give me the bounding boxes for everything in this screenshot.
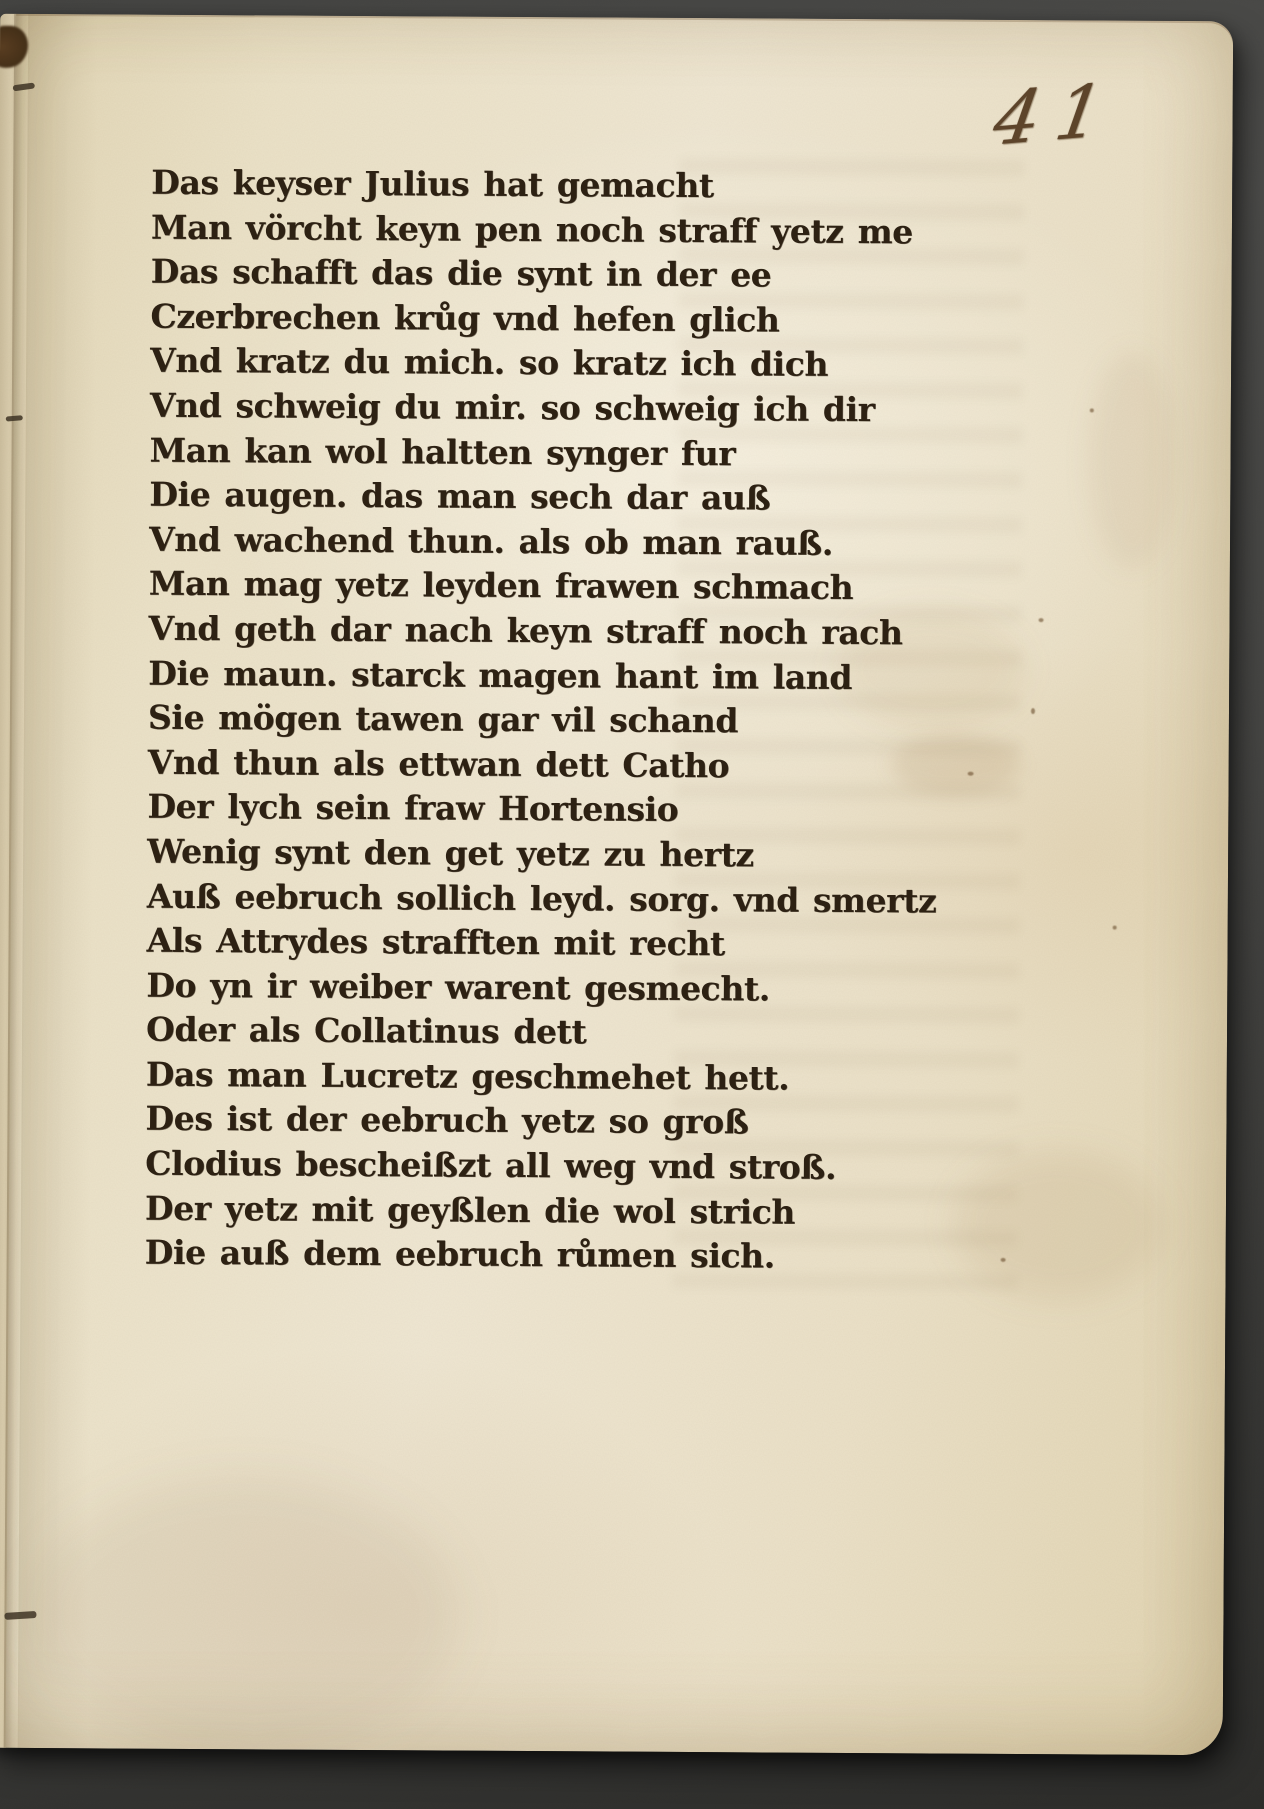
poem-line: Oder als Collatinus dett [146,1008,1086,1058]
scan-backdrop: 41 Das keyser Julius hat gemacht Man vör… [0,0,1264,1809]
folio-number-handwritten: 41 [988,66,1125,161]
poem-line: Vnd schweig du mir. so schweig ich dir [150,384,1090,434]
ink-speck [1090,408,1094,412]
poem-line: Der lych sein fraw Hortensio [147,785,1087,835]
poem-line: Auß eebruch sollich leyd. sorg. vnd smer… [147,874,1087,924]
poem-line: Wenig synt den get yetz zu hertz [147,830,1087,880]
poem-line: Man kan wol haltten synger fur [149,428,1089,478]
poem-line: Das schafft das die synt in der ee [151,250,1091,300]
poem-text-block: Das keyser Julius hat gemacht Man vörcht… [145,161,1092,1282]
gutter-shadow [18,14,99,1748]
poem-line: Als Attrydes strafften mit recht [146,919,1086,969]
poem-line: Czerbrechen krůg vnd hefen glich [150,294,1090,344]
paper-stain [1087,350,1178,571]
poem-line: Das man Lucretz geschmehet hett. [146,1053,1086,1103]
poem-line: Man mag yetz leyden frawen schmach [149,562,1089,612]
poem-line: Vnd wachend thun. als ob man rauß. [149,517,1089,567]
poem-line: Die maun. starck magen hant im land [148,651,1088,701]
poem-line: Die augen. das man sech dar auß [149,473,1089,523]
poem-line: Des ist der eebruch yetz so groß [145,1097,1085,1147]
poem-line: Vnd kratz du mich. so kratz ich dich [150,339,1090,389]
poem-line: Die auß dem eebruch růmen sich. [145,1231,1085,1281]
book-page: 41 Das keyser Julius hat gemacht Man vör… [0,14,1233,1755]
poem-line: Clodius bescheißzt all weg vnd stroß. [145,1142,1085,1192]
paper-stain [30,1474,462,1755]
poem-line: Das keyser Julius hat gemacht [151,161,1091,211]
poem-line: Der yetz mit geyßlen die wol strich [145,1186,1085,1236]
poem-line: Vnd geth dar nach keyn straff noch rach [148,607,1088,657]
poem-line: Do yn ir weiber warent gesmecht. [146,963,1086,1013]
poem-line: Sie mögen tawen gar vil schand [148,696,1088,746]
poem-line: Vnd thun als ettwan dett Catho [148,740,1088,790]
poem-line: Man vörcht keyn pen noch straff yetz me [151,205,1091,255]
ink-speck [1113,926,1117,930]
